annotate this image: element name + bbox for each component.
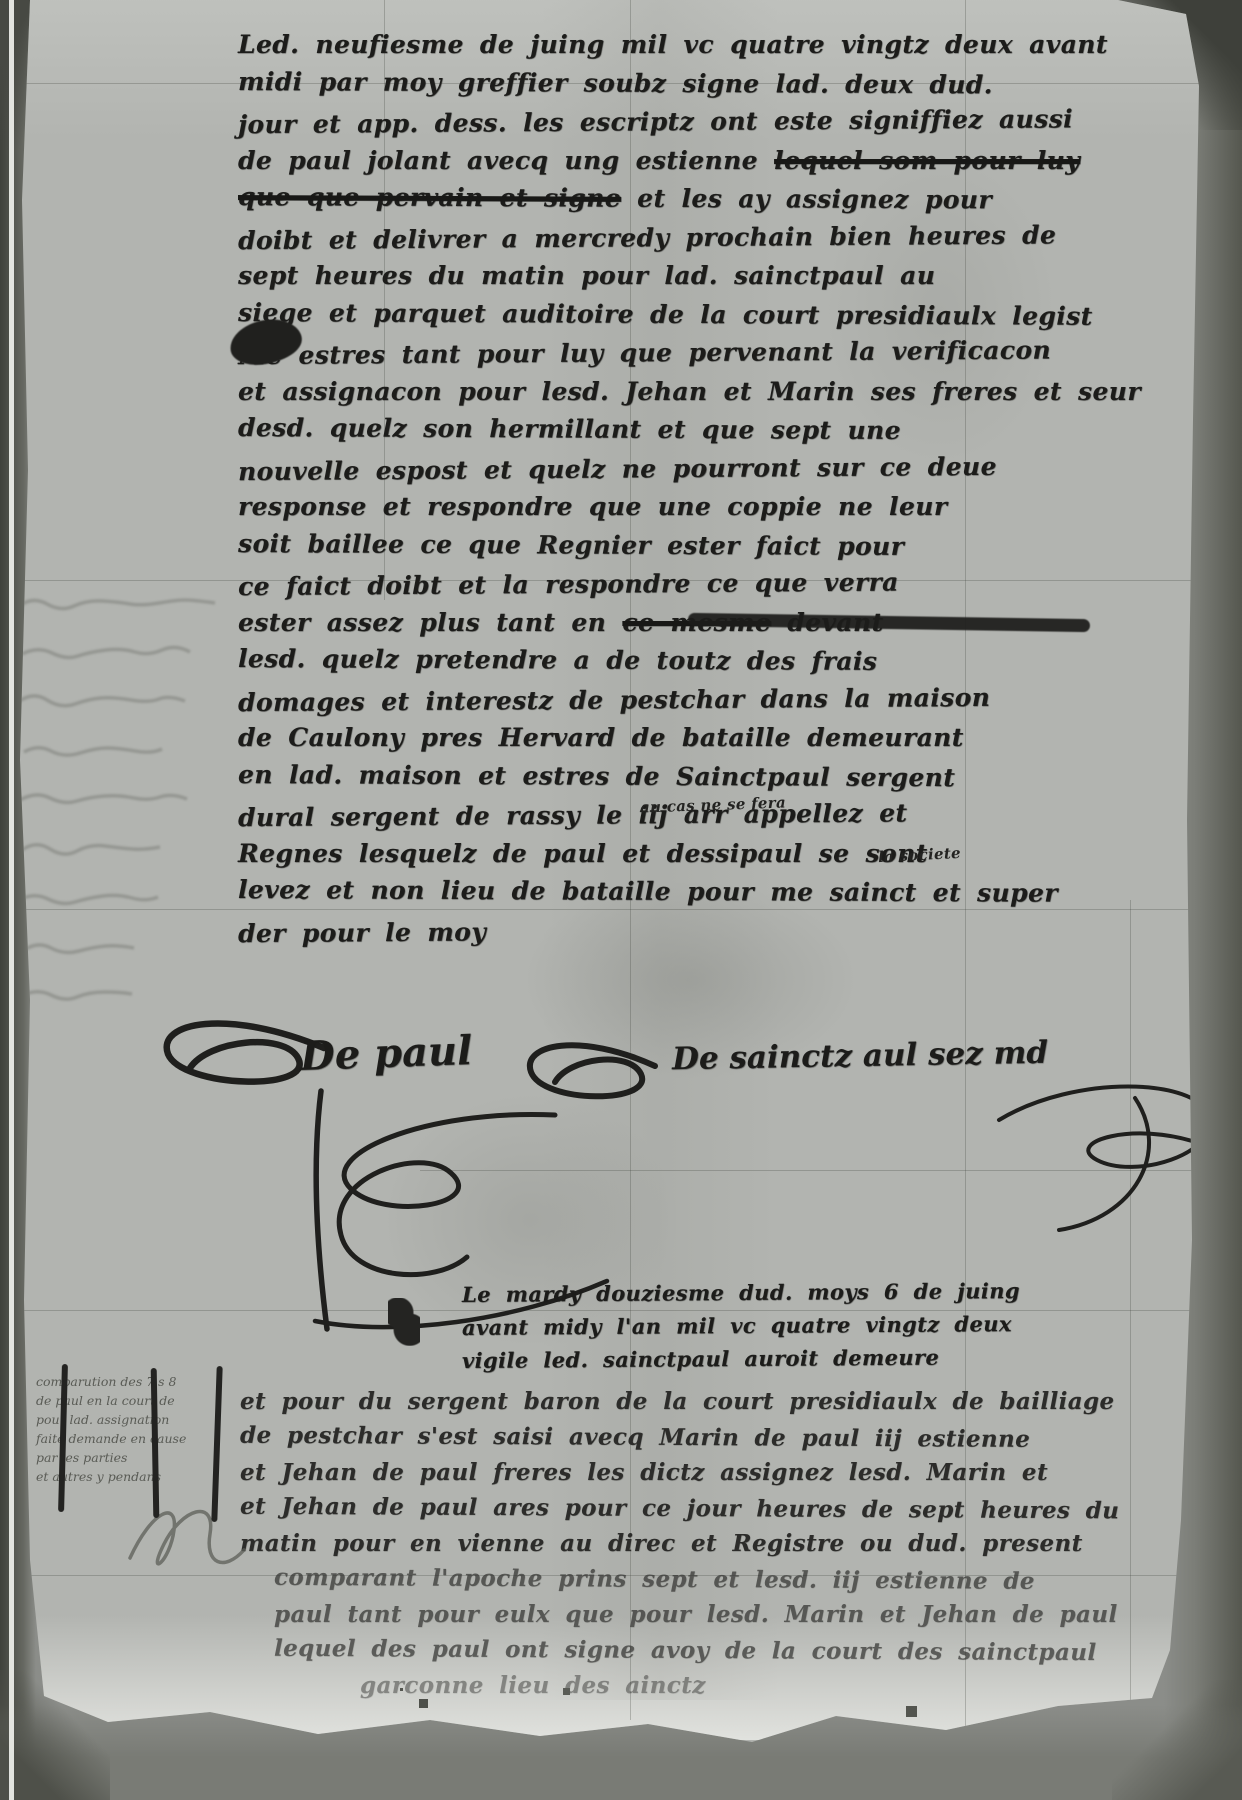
ghost-stroke bbox=[24, 945, 134, 953]
line-text: et Jehan de paul freres les dictz assign… bbox=[240, 1459, 1048, 1486]
manuscript-line: de pestchar s'est saisi avecq Marin de p… bbox=[240, 1417, 1120, 1457]
line-text: desd. quelz son hermillant et que sept u… bbox=[238, 413, 901, 445]
manuscript-line: lesd. quelz pretendre a de toutz des fra… bbox=[238, 640, 1141, 682]
line-text: et autres y pendans bbox=[36, 1469, 161, 1484]
fold-crease bbox=[420, 1170, 1242, 1171]
ghost-stroke bbox=[18, 696, 185, 706]
manuscript-line: garconne lieu des ainctz bbox=[360, 1668, 1119, 1704]
line-text: pour lad. assignation bbox=[36, 1412, 169, 1427]
line-text: paul tant pour eulx que pour lesd. Marin… bbox=[274, 1601, 1118, 1628]
manuscript-line: Me estres tant pour luy que pervenant la… bbox=[238, 331, 1141, 376]
manuscript-line: et Jehan de paul freres les dictz assign… bbox=[240, 1455, 1119, 1491]
paper-speck bbox=[400, 1688, 403, 1691]
flourish-stroke bbox=[339, 1114, 555, 1274]
line-text: sept heures du matin pour lad. sainctpau… bbox=[238, 261, 935, 290]
line-text: response et respondre que une coppie ne … bbox=[238, 492, 947, 521]
line-text: matin pour en vienne au direc et Registr… bbox=[240, 1530, 1083, 1557]
manuscript-line: que que pervain et signe et les ay assig… bbox=[238, 178, 1141, 220]
ghost-stroke bbox=[20, 795, 187, 803]
line-text: der pour le moy bbox=[238, 917, 486, 948]
line-text: ce faict doibt et la respondre ce que ve… bbox=[238, 568, 899, 602]
signature-de-paul: De paul bbox=[299, 1027, 473, 1080]
manuscript-line: matin pour en vienne au direc et Registr… bbox=[240, 1526, 1119, 1562]
manuscript-line: et Jehan de paul ares pour ce jour heure… bbox=[240, 1488, 1120, 1528]
manuscript-line: en lad. maison et estres de Sainctpaul s… bbox=[238, 756, 1141, 798]
line-text: faite demande en cause bbox=[36, 1431, 186, 1446]
line-text: en lad. maison et estres de Sainctpaul s… bbox=[238, 760, 955, 792]
line-text: avant midy l'an mil vc quatre vingtz deu… bbox=[462, 1311, 1012, 1340]
struck-text: que que pervain et signe bbox=[238, 182, 621, 213]
signature-swash-right bbox=[505, 1032, 670, 1110]
flourish-stroke bbox=[1059, 1098, 1149, 1230]
line-text: domages et interestz de pestchar dans la… bbox=[238, 682, 991, 716]
manuscript-line: avant midy l'an mil vc quatre vingtz deu… bbox=[462, 1307, 1020, 1344]
line-text: siege et parquet auditoire de la court p… bbox=[238, 298, 1093, 331]
manuscript-line: lequel des paul ont signe avoy de la cou… bbox=[274, 1630, 1120, 1670]
manuscript-line: sept heures du matin pour lad. sainctpau… bbox=[238, 257, 1141, 296]
line-text: et Jehan de paul ares pour ce jour heure… bbox=[240, 1492, 1119, 1524]
line-text: doibt et delivrer a mercredy prochain bi… bbox=[238, 220, 1056, 255]
line-text: garconne lieu des ainctz bbox=[360, 1672, 706, 1699]
line-text: et les ay assignez pour bbox=[621, 184, 992, 215]
line-text: ester assez plus tant en bbox=[238, 608, 622, 637]
struck-text: lequel som pour luy bbox=[774, 146, 1080, 175]
line-text: Regnes lesquelz de paul et dessipaul se … bbox=[238, 839, 928, 868]
fold-crease bbox=[1130, 900, 1131, 1700]
manuscript-line: paul tant pour eulx que pour lesd. Marin… bbox=[274, 1597, 1119, 1633]
manuscript-line: comparant l'apoche prins sept et lesd. i… bbox=[274, 1559, 1120, 1599]
line-text: soit baillee ce que Regnier ester faict … bbox=[238, 529, 904, 561]
photographed-manuscript: Led. neufiesme de juing mil vc quatre vi… bbox=[0, 0, 1242, 1800]
line-text: Le mardy douziesme dud. moys 6 de juing bbox=[462, 1278, 1020, 1307]
paraph-stroke bbox=[130, 1511, 244, 1563]
manuscript-line: soit baillee ce que Regnier ester faict … bbox=[238, 525, 1141, 567]
secondary-entry-intro: Le mardy douziesme dud. moys 6 de juinga… bbox=[462, 1276, 1020, 1375]
manuscript-line: et pour du sergent baron de la court pre… bbox=[240, 1384, 1119, 1420]
line-text: midi par moy greffier soubz signe lad. d… bbox=[238, 67, 993, 99]
manuscript-line: doibt et delivrer a mercredy prochain bi… bbox=[238, 215, 1141, 260]
flourish-stroke bbox=[999, 1087, 1210, 1167]
bleed-through-ghost-text bbox=[14, 588, 249, 1018]
manuscript-line: jour et app. dess. les escriptz ont este… bbox=[238, 100, 1141, 145]
line-text: comparant l'apoche prins sept et lesd. i… bbox=[274, 1563, 1035, 1594]
ghost-stroke bbox=[22, 647, 190, 657]
manuscript-line: vigile led. sainctpaul auroit demeure bbox=[462, 1340, 1020, 1377]
manuscript-line: response et respondre que une coppie ne … bbox=[238, 488, 1141, 527]
ghost-stroke bbox=[19, 600, 215, 609]
manuscript-line: siege et parquet auditoire de la court p… bbox=[238, 294, 1141, 336]
manuscript-line: midi par moy greffier soubz signe lad. d… bbox=[238, 63, 1141, 105]
line-text: Led. neufiesme de juing mil vc quatre vi… bbox=[238, 30, 1108, 59]
line-text: lesd. quelz pretendre a de toutz des fra… bbox=[238, 644, 877, 676]
left-edge-highlight bbox=[9, 0, 14, 1800]
swash-stroke bbox=[530, 1045, 655, 1096]
flourish-stroke bbox=[316, 1091, 327, 1329]
signature-de-sainctz: De sainctz aul sez md bbox=[672, 1035, 1049, 1078]
line-text: par les parties bbox=[36, 1450, 127, 1465]
line-text: jour et app. dess. les escriptz ont este… bbox=[238, 104, 1073, 139]
manuscript-line: domages et interestz de pestchar dans la… bbox=[238, 677, 1141, 722]
manuscript-line: Regnes lesquelz de paul et dessipaul se … bbox=[238, 835, 1141, 874]
line-text: de Caulony pres Hervard de bataille deme… bbox=[238, 723, 964, 752]
manuscript-line: Le mardy douziesme dud. moys 6 de juing bbox=[462, 1274, 1020, 1311]
manuscript-line: et assignacon pour lesd. Jehan et Marin … bbox=[238, 373, 1141, 412]
ghost-stroke bbox=[19, 895, 158, 903]
manuscript-line: de Caulony pres Hervard de bataille deme… bbox=[238, 719, 1141, 758]
line-text: nouvelle espost et quelz ne pourront sur… bbox=[238, 451, 997, 485]
ghost-stroke bbox=[24, 748, 162, 755]
ghost-stroke bbox=[21, 992, 132, 999]
line-text: et assignacon pour lesd. Jehan et Marin … bbox=[238, 377, 1141, 406]
line-text: vigile led. sainctpaul auroit demeure bbox=[462, 1345, 939, 1373]
manuscript-line: levez et non lieu de bataille pour me sa… bbox=[238, 871, 1141, 913]
manuscript-line: ce faict doibt et la respondre ce que ve… bbox=[238, 562, 1141, 607]
manuscript-line: Led. neufiesme de juing mil vc quatre vi… bbox=[238, 26, 1141, 65]
line-text: de paul jolant avecq ung estienne bbox=[238, 146, 774, 175]
line-text: Me estres tant pour luy que pervenant la… bbox=[238, 335, 1051, 370]
line-text: et pour du sergent baron de la court pre… bbox=[240, 1388, 1115, 1415]
line-text: lequel des paul ont signe avoy de la cou… bbox=[274, 1634, 1097, 1665]
secondary-entry-body: et pour du sergent baron de la court pre… bbox=[240, 1384, 1119, 1704]
manuscript-page: Led. neufiesme de juing mil vc quatre vi… bbox=[0, 0, 1242, 1800]
line-text: de pestchar s'est saisi avecq Marin de p… bbox=[240, 1421, 1030, 1452]
manuscript-line: nouvelle espost et quelz ne pourront sur… bbox=[238, 446, 1141, 491]
line-text: dural sergent de rassy le iij arr appell… bbox=[238, 798, 908, 832]
manuscript-line: desd. quelz son hermillant et que sept u… bbox=[238, 409, 1141, 451]
ghost-stroke bbox=[22, 845, 160, 854]
ink-blot bbox=[388, 1298, 420, 1346]
manuscript-line: de paul jolant avecq ung estienne lequel… bbox=[238, 142, 1141, 181]
manuscript-line: der pour le moy bbox=[238, 908, 1141, 953]
line-text: levez et non lieu de bataille pour me sa… bbox=[238, 875, 1058, 908]
